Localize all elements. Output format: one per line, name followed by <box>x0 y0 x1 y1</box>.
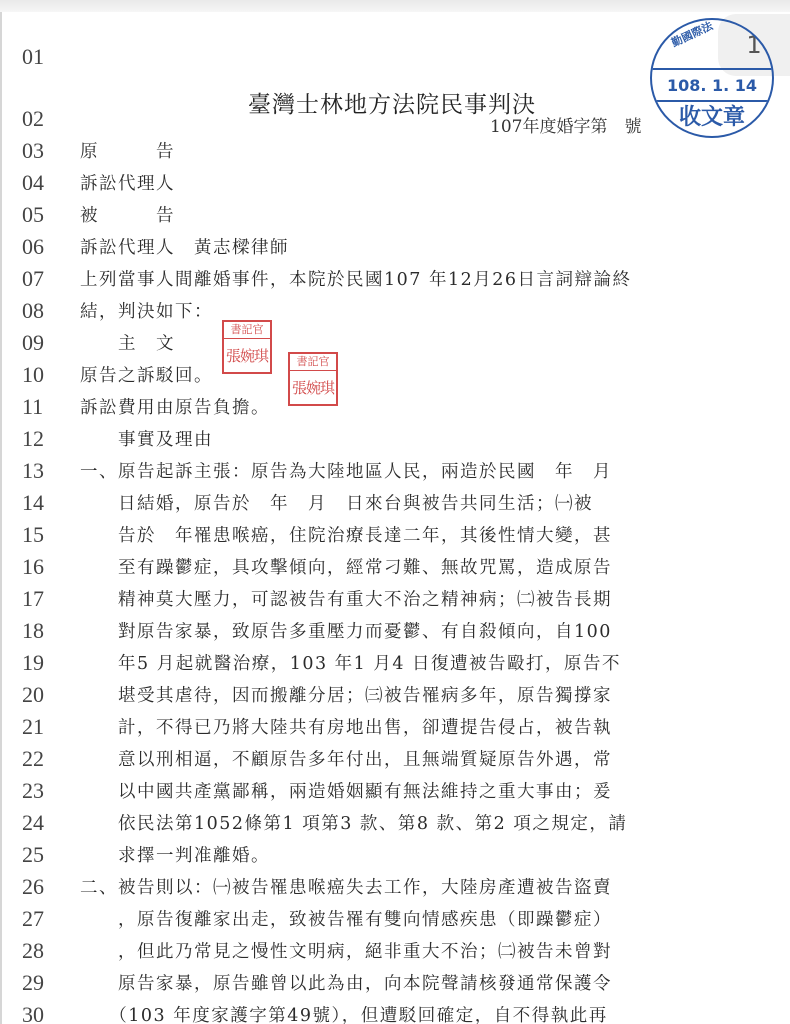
line-text: 依民法第1052條第1 項第3 款、第8 款、第2 項之規定，請 <box>80 810 627 835</box>
line-text: 二、被告則以：㈠被告罹患喉癌失去工作，大陸房產遭被告盜賣 <box>80 874 612 899</box>
line-number: 09 <box>22 330 62 356</box>
line-number: 26 <box>22 874 62 900</box>
line-number: 20 <box>22 682 62 708</box>
line-number: 07 <box>22 266 62 292</box>
seal-title: 書記官 <box>290 354 336 371</box>
line-number: 12 <box>22 426 62 452</box>
line-number: 06 <box>22 234 62 260</box>
line-number: 27 <box>22 906 62 932</box>
received-date-stamp: 勤國際法 108. 1. 14 收文章 <box>650 18 774 138</box>
line-number: 13 <box>22 458 62 484</box>
line-text: ，原告復離家出走，致被告罹有雙向情感疾患（即躁鬱症） <box>80 906 612 931</box>
line-text: 訴訟代理人 <box>80 170 175 195</box>
line-number: 02 <box>22 106 62 132</box>
stamp-date: 108. 1. 14 <box>652 68 772 102</box>
line-text: ，但此乃常見之慢性文明病，絕非重大不治；㈡被告未曾對 <box>80 938 612 963</box>
line-number: 03 <box>22 138 62 164</box>
line-number: 08 <box>22 298 62 324</box>
line-text: 訴訟費用由原告負擔。 <box>80 394 270 419</box>
line-number: 17 <box>22 586 62 612</box>
stamp-label: 收文章 <box>652 100 772 131</box>
line-text: 一、原告起訴主張：原告為大陸地區人民，兩造於民國 年 月 <box>80 458 612 483</box>
line-text: 年5 月起就醫治療，103 年1 月4 日復遭被告毆打，原告不 <box>80 650 621 675</box>
seal-name: 張婉琪 <box>292 371 334 405</box>
line-text: 精神莫大壓力，可認被告有重大不治之精神病；㈡被告長期 <box>80 586 612 611</box>
line-text: 訴訟代理人 黃志樑律師 <box>80 234 289 259</box>
line-text: 上列當事人間離婚事件，本院於民國107 年12月26日言詞辯論終 <box>80 266 632 291</box>
line-number: 21 <box>22 714 62 740</box>
line-number: 11 <box>22 394 62 420</box>
case-number: 107年度婚字第 號 <box>490 112 641 137</box>
line-text: 原告家暴，原告雖曾以此為由，向本院聲請核發通常保護令 <box>80 970 612 995</box>
line-number: 30 <box>22 1002 62 1024</box>
line-number: 22 <box>22 746 62 772</box>
line-text: 原告之訴駁回。 <box>80 362 213 387</box>
line-number: 23 <box>22 778 62 804</box>
page-left-edge <box>0 12 2 1024</box>
viewer-top-bar <box>0 0 790 12</box>
line-text: 堪受其虐待，因而搬離分居；㈢被告罹病多年，原告獨撐家 <box>80 682 612 707</box>
line-text: 被 告 <box>80 202 175 227</box>
line-text: 求擇一判准離婚。 <box>80 842 270 867</box>
line-text: 主 文 <box>80 330 175 355</box>
line-text: （103 年度家護字第49號），但遭駁回確定，自不得執此再 <box>80 1002 608 1024</box>
clerk-seal-2: 書記官 張婉琪 <box>288 352 338 406</box>
line-number: 15 <box>22 522 62 548</box>
line-number: 16 <box>22 554 62 580</box>
line-text: 意以刑相逼，不顧原告多年付出，且無端質疑原告外遇，常 <box>80 746 612 771</box>
line-number: 14 <box>22 490 62 516</box>
stamp-arc-text: 勤國際法 <box>669 18 716 51</box>
line-number: 29 <box>22 970 62 996</box>
line-text: 結，判決如下： <box>80 298 213 323</box>
line-text: 至有躁鬱症，具攻擊傾向，經常刁難、無故咒罵，造成原告 <box>80 554 612 579</box>
seal-name: 張婉琪 <box>226 339 268 373</box>
seal-title: 書記官 <box>224 322 270 339</box>
line-number: 01 <box>22 44 62 70</box>
line-text: 原 告 <box>80 138 175 163</box>
line-text: 對原告家暴，致原告多重壓力而憂鬱、有自殺傾向，自100 <box>80 618 612 643</box>
line-number: 10 <box>22 362 62 388</box>
clerk-seal-1: 書記官 張婉琪 <box>222 320 272 374</box>
line-number: 25 <box>22 842 62 868</box>
line-number: 05 <box>22 202 62 228</box>
line-number: 18 <box>22 618 62 644</box>
line-number: 24 <box>22 810 62 836</box>
line-text: 告於 年罹患喉癌，住院治療長達二年，其後性情大變，甚 <box>80 522 612 547</box>
line-number: 19 <box>22 650 62 676</box>
line-text: 計，不得已乃將大陸共有房地出售，卻遭提告侵占，被告執 <box>80 714 612 739</box>
line-text: 事實及理由 <box>80 426 213 451</box>
line-number: 28 <box>22 938 62 964</box>
line-text: 以中國共產黨鄙稱，兩造婚姻顯有無法維持之重大事由；爰 <box>80 778 612 803</box>
line-number: 04 <box>22 170 62 196</box>
line-text: 日結婚，原告於 年 月 日來台與被告共同生活；㈠被 <box>80 490 593 515</box>
